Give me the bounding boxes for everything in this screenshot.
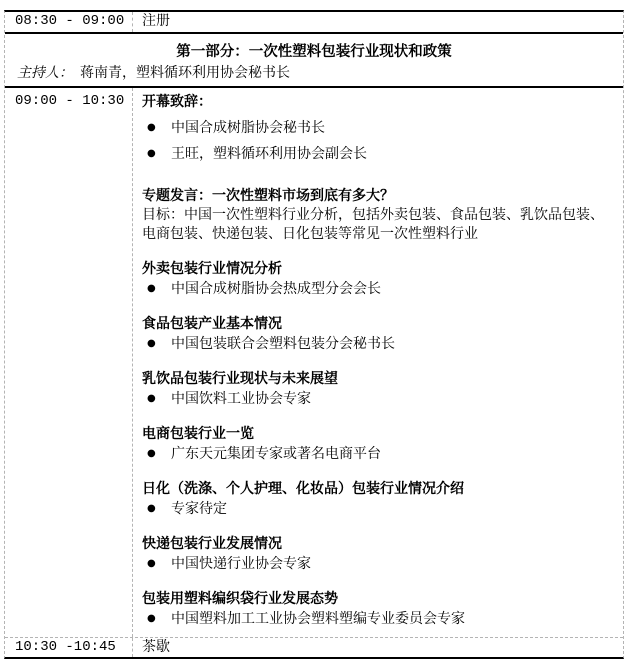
bullet-text: 中国合成树脂协会秘书长 xyxy=(171,118,325,138)
bullet-icon: ● xyxy=(142,444,171,464)
session-title: 包装用塑料编织袋行业发展态势 xyxy=(142,589,617,609)
bullet-item: ●广东天元集团专家或著名电商平台 xyxy=(142,444,617,464)
bullet-text: 中国塑料加工工业协会塑料塑编专业委员会专家 xyxy=(171,609,465,629)
bullet-item: ●中国塑料加工工业协会塑料塑编专业委员会专家 xyxy=(142,609,617,629)
bullet-text: 专家待定 xyxy=(171,499,227,519)
session-note: 目标：中国一次性塑料行业分析，包括外卖包装、食品包装、乳饮品包装、电商包装、快递… xyxy=(142,206,617,244)
bullet-text: 王旺，塑料循环利用协会副会长 xyxy=(171,144,367,164)
registration-row: 08:30 - 09:00 注册 xyxy=(5,12,623,34)
session-title: 开幕致辞： xyxy=(142,92,617,112)
session-title: 专题发言：一次性塑料市场到底有多大？ xyxy=(142,186,617,206)
session-title: 外卖包装行业情况分析 xyxy=(142,259,617,279)
registration-activity: 注册 xyxy=(132,12,623,32)
bullet-icon: ● xyxy=(142,554,171,574)
session-block: 开幕致辞： ●中国合成树脂协会秘书长●王旺，塑料循环利用协会副会长 xyxy=(142,92,617,164)
session-list: 开幕致辞： ●中国合成树脂协会秘书长●王旺，塑料循环利用协会副会长 专题发言：一… xyxy=(132,88,623,637)
bullet-icon: ● xyxy=(142,389,171,409)
bullet-icon: ● xyxy=(142,144,171,164)
bullet-text: 中国包装联合会塑料包装分会秘书长 xyxy=(171,334,395,354)
session-bullets: ●中国饮料工业协会专家 xyxy=(142,389,617,409)
session-bullets: ●中国包装联合会塑料包装分会秘书长 xyxy=(142,334,617,354)
bullet-text: 中国饮料工业协会专家 xyxy=(171,389,311,409)
section-header: 第一部分：一次性塑料包装行业现状和政策 主持人：蒋南青，塑料循环利用协会秘书长 xyxy=(5,34,623,88)
tea-break-row: 10:30 -10:45 茶歇 xyxy=(5,637,623,657)
session-block: 快递包装行业发展情况 ●中国快递行业协会专家 xyxy=(142,534,617,574)
bullet-item: ●中国饮料工业协会专家 xyxy=(142,389,617,409)
section-title: 第一部分：一次性塑料包装行业现状和政策 xyxy=(5,43,623,61)
main-session-row: 09:00 - 10:30 开幕致辞： ●中国合成树脂协会秘书长●王旺，塑料循环… xyxy=(5,88,623,637)
bullet-icon: ● xyxy=(142,279,171,299)
bullet-icon: ● xyxy=(142,334,171,354)
bullet-text: 中国合成树脂协会热成型分会会长 xyxy=(171,279,381,299)
bullet-item: ●中国合成树脂协会热成型分会会长 xyxy=(142,279,617,299)
session-bullets: ●中国合成树脂协会秘书长●王旺，塑料循环利用协会副会长 xyxy=(142,118,617,164)
session-block: 食品包装产业基本情况 ●中国包装联合会塑料包装分会秘书长 xyxy=(142,314,617,354)
bullet-text: 广东天元集团专家或著名电商平台 xyxy=(171,444,381,464)
bullet-icon: ● xyxy=(142,499,171,519)
session-bullets: ●广东天元集团专家或著名电商平台 xyxy=(142,444,617,464)
host-label: 主持人： xyxy=(17,65,73,81)
bullet-item: ●王旺，塑料循环利用协会副会长 xyxy=(142,144,617,164)
session-block: 乳饮品包装行业现状与未来展望 ●中国饮料工业协会专家 xyxy=(142,369,617,409)
host-line: 主持人：蒋南青，塑料循环利用协会秘书长 xyxy=(5,64,623,83)
bullet-item: ●中国包装联合会塑料包装分会秘书长 xyxy=(142,334,617,354)
session-title: 快递包装行业发展情况 xyxy=(142,534,617,554)
session-title: 乳饮品包装行业现状与未来展望 xyxy=(142,369,617,389)
session-block: 专题发言：一次性塑料市场到底有多大？ 目标：中国一次性塑料行业分析，包括外卖包装… xyxy=(142,186,617,244)
session-bullets: ●专家待定 xyxy=(142,499,617,519)
session-bullets: ●中国快递行业协会专家 xyxy=(142,554,617,574)
main-session-time: 09:00 - 10:30 xyxy=(5,88,132,637)
bullet-item: ●中国合成树脂协会秘书长 xyxy=(142,118,617,138)
session-block: 日化（洗涤、个人护理、化妆品）包装行业情况介绍 ●专家待定 xyxy=(142,479,617,519)
session-bullets: ●中国合成树脂协会热成型分会会长 xyxy=(142,279,617,299)
session-title: 日化（洗涤、个人护理、化妆品）包装行业情况介绍 xyxy=(142,479,617,499)
bullet-icon: ● xyxy=(142,609,171,629)
session-block: 外卖包装行业情况分析 ●中国合成树脂协会热成型分会会长 xyxy=(142,259,617,299)
tea-break-time: 10:30 -10:45 xyxy=(5,638,132,657)
session-title: 食品包装产业基本情况 xyxy=(142,314,617,334)
bullet-item: ●专家待定 xyxy=(142,499,617,519)
tea-break-activity: 茶歇 xyxy=(132,638,623,657)
schedule-table: 08:30 - 09:00 注册 第一部分：一次性塑料包装行业现状和政策 主持人… xyxy=(4,10,624,659)
session-bullets: ●中国塑料加工工业协会塑料塑编专业委员会专家 xyxy=(142,609,617,629)
host-name: 蒋南青，塑料循环利用协会秘书长 xyxy=(80,65,290,81)
session-title: 电商包装行业一览 xyxy=(142,424,617,444)
session-block: 电商包装行业一览 ●广东天元集团专家或著名电商平台 xyxy=(142,424,617,464)
registration-time: 08:30 - 09:00 xyxy=(5,12,132,32)
bullet-text: 中国快递行业协会专家 xyxy=(171,554,311,574)
session-block: 包装用塑料编织袋行业发展态势 ●中国塑料加工工业协会塑料塑编专业委员会专家 xyxy=(142,589,617,629)
bullet-icon: ● xyxy=(142,118,171,138)
bullet-item: ●中国快递行业协会专家 xyxy=(142,554,617,574)
